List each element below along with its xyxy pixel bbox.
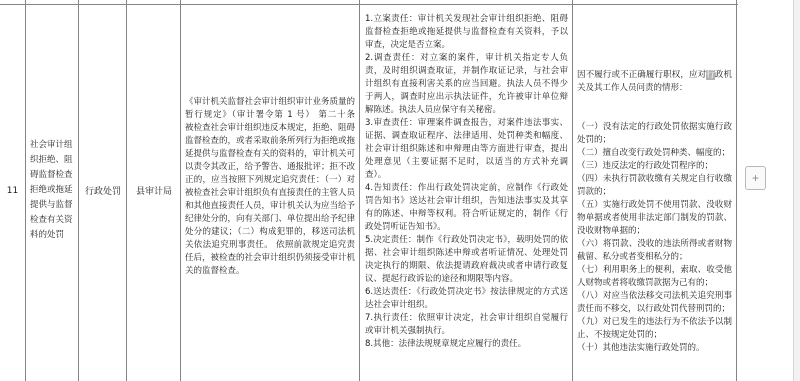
search-highlight: 行 bbox=[706, 70, 715, 80]
implementing-authority-text: 县审计局 bbox=[136, 184, 172, 197]
cell-legal-basis: 《审计机关监督社会审计组织审计业务质量的暂行规定》（审计署令第 1 号） 第二十… bbox=[182, 0, 360, 381]
cell-responsibility-items: 1.立案责任：审计机关发现社会审计组织拒绝、阻碍监督检查拒绝或拖延提供与监督检查… bbox=[361, 0, 573, 381]
serial-number: 11 bbox=[7, 186, 18, 196]
responsibility-items-text: 1.立案责任：审计机关发现社会审计组织拒绝、阻碍监督检查拒绝或拖延提供与监督检查… bbox=[365, 13, 568, 351]
accountability-items-text: （一）没有法定的行政处罚依据实施行政处罚的； （二）擅自改变行政处罚种类、幅度的… bbox=[577, 121, 732, 355]
accountability-intro-start: 因不履行或不正确履行职权，应对 bbox=[577, 70, 706, 80]
cell-accountability-situations: 因不履行或不正确履行职权，应对行政机关及其工作人员问责的情形： （一）没有法定的… bbox=[574, 0, 737, 381]
accountability-intro: 因不履行或不正确履行职权，应对行政机关及其工作人员问责的情形： bbox=[577, 69, 732, 95]
legal-basis-text: 《审计机关监督社会审计组织审计业务质量的暂行规定》（审计署令第 1 号） 第二十… bbox=[185, 96, 355, 278]
vertical-scrollbar[interactable] bbox=[793, 0, 800, 381]
power-name-text: 社会审计组织拒绝、阻碍监督检查拒绝或拖延提供与监督检查有关资料的处罚 bbox=[27, 138, 78, 243]
cell-power-type: 行政处罚 bbox=[80, 0, 127, 381]
power-list-table-view: 11 社会审计组织拒绝、阻碍监督检查拒绝或拖延提供与监督检查有关资料的处罚 行政… bbox=[0, 0, 800, 381]
cell-implementing-authority: 县审计局 bbox=[128, 0, 181, 381]
cell-power-name: 社会审计组织拒绝、阻碍监督检查拒绝或拖延提供与监督检查有关资料的处罚 bbox=[27, 0, 79, 381]
power-type-text: 行政处罚 bbox=[85, 184, 121, 197]
cell-serial-number: 11 bbox=[0, 0, 26, 381]
add-button[interactable]: + bbox=[745, 166, 766, 190]
row-divider bbox=[0, 4, 738, 5]
